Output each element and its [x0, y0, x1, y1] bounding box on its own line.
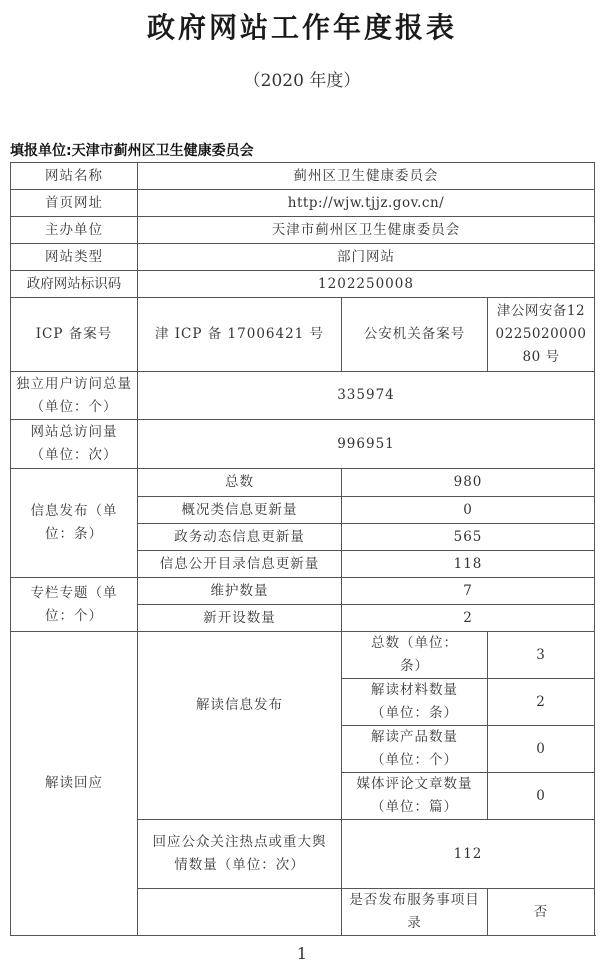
table-row: 解读回应 解读信息发布 总数（单位：条） 3: [11, 632, 595, 679]
table-row: 首页网址 http://wjw.tjjz.gov.cn/: [11, 190, 595, 217]
info-publish-row-value: 980: [342, 469, 595, 497]
info-publish-row-label: 信息公开目录信息更新量: [138, 551, 342, 578]
info-publish-row-label: 政务动态信息更新量: [138, 524, 342, 551]
site-id-value: 1202250008: [138, 271, 595, 298]
sponsor-label: 主办单位: [11, 217, 138, 244]
service-catalog-value: 否: [488, 889, 595, 936]
interpretation-row-value: 2: [488, 679, 595, 726]
table-row: 独立用户访问总量（单位：个） 335974: [11, 372, 595, 420]
site-type-value: 部门网站: [138, 244, 595, 271]
columns-row-value: 7: [342, 578, 595, 605]
columns-row-value: 2: [342, 605, 595, 632]
homepage-url-value: http://wjw.tjjz.gov.cn/: [138, 190, 595, 217]
info-publish-label: 信息发布（单位：条）: [11, 469, 138, 578]
police-record-value: 津公网安备12022502000080 号: [488, 298, 595, 372]
table-row: 网站类型 部门网站: [11, 244, 595, 271]
service-catalog-value: [138, 889, 342, 936]
columns-row-label: 维护数量: [138, 578, 342, 605]
interpretation-label: 解读回应: [11, 632, 138, 936]
site-type-label: 网站类型: [11, 244, 138, 271]
site-name-label: 网站名称: [11, 163, 138, 190]
police-record-label: 公安机关备案号: [342, 298, 488, 372]
columns-label: 专栏专题（单位：个）: [11, 578, 138, 632]
site-name-value: 蓟州区卫生健康委员会: [138, 163, 595, 190]
document-title: 政府网站工作年度报表: [0, 6, 604, 46]
interpretation-row-value: 3: [488, 632, 595, 679]
interpretation-sub-label: 解读信息发布: [138, 632, 342, 820]
table-row: 主办单位 天津市蓟州区卫生健康委员会: [11, 217, 595, 244]
info-publish-row-value: 118: [342, 551, 595, 578]
report-year: （2020 年度）: [0, 66, 604, 91]
interpretation-row-value: 0: [488, 773, 595, 820]
info-publish-row-label: 总数: [138, 469, 342, 497]
reporting-unit: 填报单位:天津市蓟州区卫生健康委员会: [10, 140, 254, 160]
total-visits-label: 网站总访问量（单位：次）: [11, 420, 138, 469]
interpretation-row-value: 0: [488, 726, 595, 773]
info-publish-row-value: 565: [342, 524, 595, 551]
info-publish-row-value: 0: [342, 497, 595, 524]
interpretation-row-label: 解读产品数量（单位：个）: [342, 726, 488, 773]
service-catalog-label: 是否发布服务事项目录: [342, 889, 488, 936]
icp-value: 津 ICP 备 17006421 号: [138, 298, 342, 372]
table-row: 信息发布（单位：条） 总数 980: [11, 469, 595, 497]
table-row: 政府网站标识码 1202250008: [11, 271, 595, 298]
sponsor-value: 天津市蓟州区卫生健康委员会: [138, 217, 595, 244]
table-row: 网站总访问量（单位：次） 996951: [11, 420, 595, 469]
table-row: 专栏专题（单位：个） 维护数量 7: [11, 578, 595, 605]
columns-row-label: 新开设数量: [138, 605, 342, 632]
total-visits-value: 996951: [138, 420, 595, 469]
info-publish-row-label: 概况类信息更新量: [138, 497, 342, 524]
page-number: 1: [0, 944, 604, 963]
unique-visitors-label: 独立用户访问总量（单位：个）: [11, 372, 138, 420]
response-label: 回应公众关注热点或重大舆情数量（单位：次）: [138, 820, 342, 889]
table-row: 网站名称 蓟州区卫生健康委员会: [11, 163, 595, 190]
table-row: ICP 备案号 津 ICP 备 17006421 号 公安机关备案号 津公网安备…: [11, 298, 595, 372]
report-table: 网站名称 蓟州区卫生健康委员会 首页网址 http://wjw.tjjz.gov…: [10, 162, 595, 936]
interpretation-row-label: 总数（单位：条）: [342, 632, 488, 679]
interpretation-row-label: 解读材料数量（单位：条）: [342, 679, 488, 726]
icp-label: ICP 备案号: [11, 298, 138, 372]
unique-visitors-value: 335974: [138, 372, 595, 420]
response-value: 112: [342, 820, 595, 889]
interpretation-row-label: 媒体评论文章数量（单位：篇）: [342, 773, 488, 820]
homepage-url-label: 首页网址: [11, 190, 138, 217]
site-id-label: 政府网站标识码: [11, 271, 138, 298]
